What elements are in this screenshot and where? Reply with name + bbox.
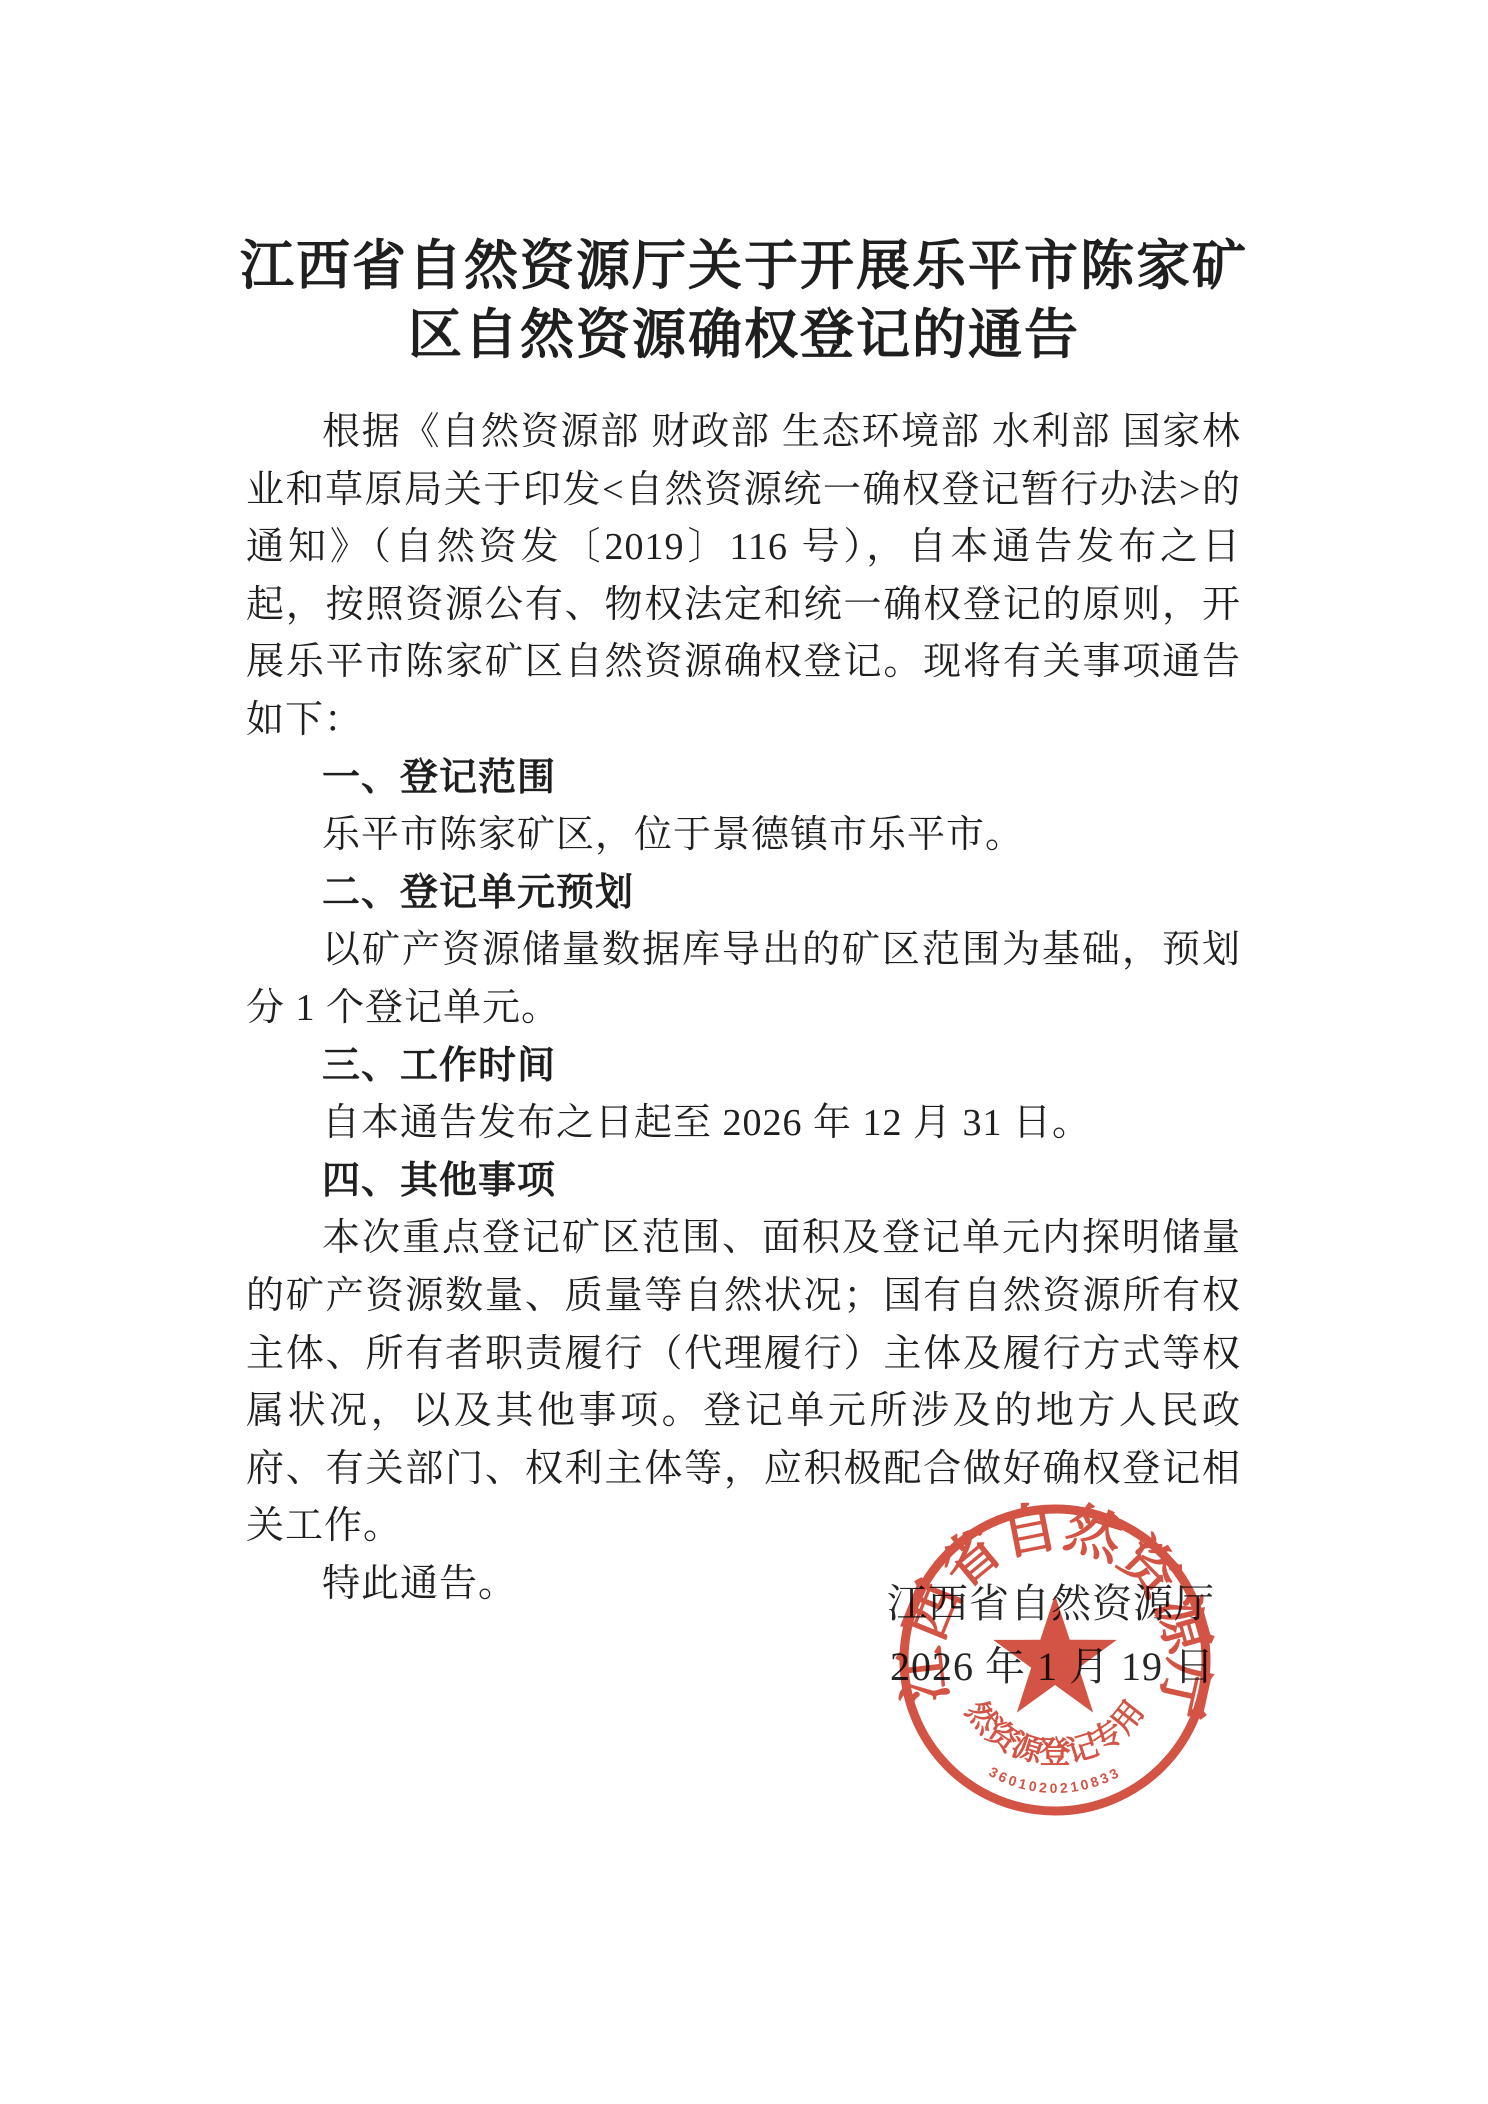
document-page: 江西省自然资源厅关于开展乐平市陈家矿 区自然资源确权登记的通告 根据《自然资源部… <box>0 0 1488 2104</box>
section-heading: 四、其他事项 <box>246 1153 1241 1211</box>
body-paragraph: 自本通告发布之日起至 2026 年 12 月 31 日。 <box>246 1095 1241 1153</box>
body-paragraph: 以矿产资源储量数据库导出的矿区范围为基础，预划分 1 个登记单元。 <box>246 922 1241 1037</box>
body-paragraph: 乐平市陈家矿区，位于景德镇市乐平市。 <box>246 807 1241 865</box>
section-heading: 二、登记单元预划 <box>246 865 1241 923</box>
official-seal: 江西省自然资源厅 自然资源登记专用章 3601020210833 <box>885 1490 1225 1830</box>
section-heading: 一、登记范围 <box>246 750 1241 808</box>
section-heading: 三、工作时间 <box>246 1038 1241 1096</box>
document-title: 江西省自然资源厅关于开展乐平市陈家矿 区自然资源确权登记的通告 <box>0 0 1488 370</box>
body-paragraph: 根据《自然资源部 财政部 生态环境部 水利部 国家林业和草原局关于印发<自然资源… <box>246 404 1241 750</box>
title-line-1: 江西省自然资源厅关于开展乐平市陈家矿 <box>0 232 1488 301</box>
document-body: 根据《自然资源部 财政部 生态环境部 水利部 国家林业和草原局关于印发<自然资源… <box>246 404 1241 1613</box>
title-line-2: 区自然资源确权登记的通告 <box>0 301 1488 370</box>
seal-star-icon <box>993 1595 1117 1713</box>
